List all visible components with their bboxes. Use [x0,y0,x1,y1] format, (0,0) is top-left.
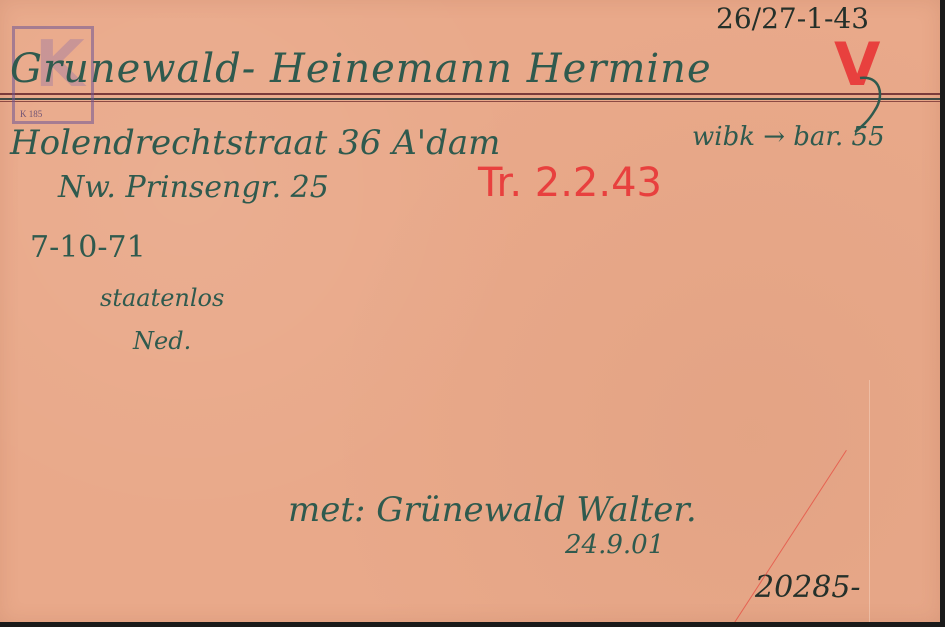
accompanying-person-dob: 24.9.01 [565,530,664,560]
scan-edge-right [940,0,945,627]
header-rule-middle [0,98,940,100]
scan-edge-bottom [0,622,945,627]
religion: Ned. [133,327,191,355]
person-name: Grunewald- Heinemann Hermine [10,46,712,92]
side-note: wibk → bar. 55 [692,122,885,152]
address-line-1: Holendrechtstraat 36 A'dam [10,123,500,163]
date-of-birth: 7-10-71 [30,230,146,265]
stamp-code: K 185 [20,109,42,119]
nationality: staatenlos [100,284,224,312]
index-card: K K 185 26/27-1-43 V Grunewald- Heineman… [0,0,940,622]
header-rule-top [0,93,940,95]
accompanying-person: met: Grünewald Walter. [288,490,697,530]
paper-crease [869,380,870,622]
address-line-2: Nw. Prinsengr. 25 [58,170,329,205]
card-number: 20285- [755,570,861,605]
header-rule-bottom [0,101,940,102]
transport-note: Tr. 2.2.43 [478,160,662,206]
